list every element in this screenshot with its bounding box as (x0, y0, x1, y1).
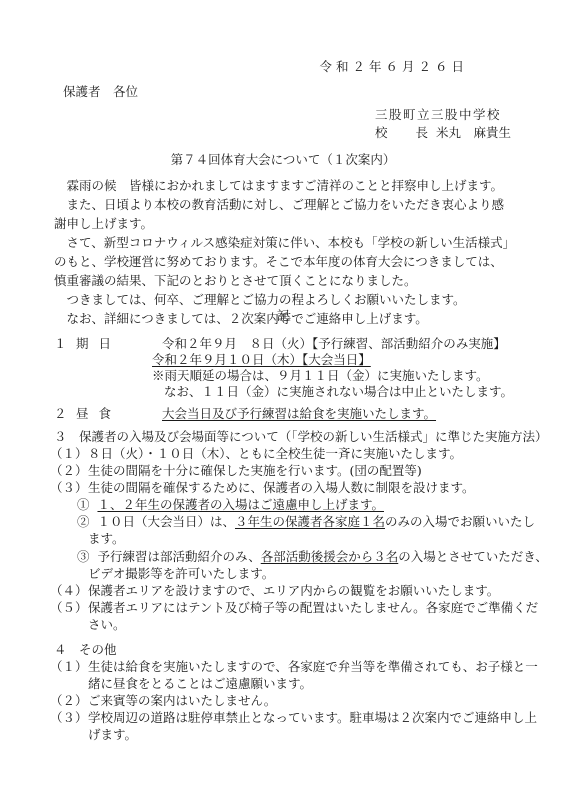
section-4-item-cont: げます。 (88, 725, 137, 743)
section-label: 昼食 (76, 404, 162, 422)
circled-item-1: ① １、２年生の保護者の入場はご遠慮申し上げます。 (77, 495, 384, 513)
principal-title-b: 長 (416, 125, 429, 140)
addressee: 保護者 各位 (63, 82, 138, 100)
intro-paragraph: 霖雨の候 皆様におかれましてはますますご清祥のことと拝察申し上げます。 (54, 176, 512, 195)
lunch-text: 大会当日及び予行練習は給食を実施いたします。 (162, 406, 436, 421)
section-3-item-cont: さい。 (88, 615, 126, 633)
section-label: 期日 (76, 334, 162, 352)
circled-item-2-cont: ます。 (88, 529, 125, 547)
section-4-item: （１）生徒は給食を実施いたしますので、各家庭で弁当等を準備されても、お子様と一 (50, 657, 538, 675)
section-4-heading: ４ その他 (54, 640, 117, 658)
section-number: １ (54, 334, 76, 352)
cancel-note: なお、１１日（金）に実施されない場合は中止といたします。 (164, 382, 513, 400)
section-3-item: （１）８日（火）・１０日（木）、ともに全校生徒一斉に実施いたします。 (50, 444, 462, 462)
school-name: 三股町立三股中学校 (375, 105, 501, 123)
ki-heading: 記 (0, 306, 566, 324)
section-2-row: ２昼食大会当日及び予行練習は給食を実施いたします。 (54, 404, 436, 422)
principal-name: 米丸 麻貴生 (436, 125, 511, 140)
section-3-item: （５）保護者エリアにはテント及び椅子等の配置はいたしません。各家庭でご準備くだ (50, 598, 538, 616)
document-title: 第７４回体育大会について（１次案内） (0, 150, 566, 168)
date-line-1: 令和２年９月 ８日（火）【予行練習、部活動紹介のみ実施】 (162, 336, 506, 351)
circled-item-3: ③ 予行練習は部活動紹介のみ、各部活動後援会から３名の入場とさせていただき、 (77, 547, 548, 565)
circled-item-3-cont: ビデオ撮影等を許可いたします。 (88, 564, 274, 582)
principal-line: 校長 米丸 麻貴生 (375, 123, 511, 141)
intro-paragraph: また、日頃より本校の教育活動に対し、ご理解とご協力をいただき衷心より感謝申し上げ… (54, 195, 512, 233)
section-3-item: （３）生徒の間隔を確保するために、保護者の入場人数に制限を設けます。 (50, 478, 475, 496)
circled-item-2: ② １０日（大会当日）は、３年生の保護者各家庭１名のみの入場でお願いいたし (77, 512, 535, 530)
section-number: ２ (54, 404, 76, 422)
section-4-item-cont: 緒に昼食をとることはご遠慮願います。 (88, 674, 312, 692)
section-4-item: （２）ご来賓等の案内はいたしません。 (50, 691, 276, 709)
section-4-item: （３）学校周辺の道路は駐停車禁止となっています。駐車場は２次案内でご連絡申し上 (50, 708, 537, 726)
section-3-item: （２）生徒の間隔を十分に確保した実施を行います。(団の配置等) (50, 461, 422, 479)
intro-paragraph: さて、新型コロナウィルス感染症対策に伴い、本校も「学校の新しい生活様式」のもと、… (54, 233, 512, 290)
section-3-item: （４）保護者エリアを設けますので、エリア内からの観覧をお願いいたします。 (50, 581, 499, 599)
section-3-heading: ３ 保護者の入場及び会場面等について（「学校の新しい生活様式」に準じた実施方法） (54, 427, 548, 445)
principal-title-a: 校 (375, 125, 388, 140)
document-date: 令和２年６月２６日 (319, 57, 468, 75)
